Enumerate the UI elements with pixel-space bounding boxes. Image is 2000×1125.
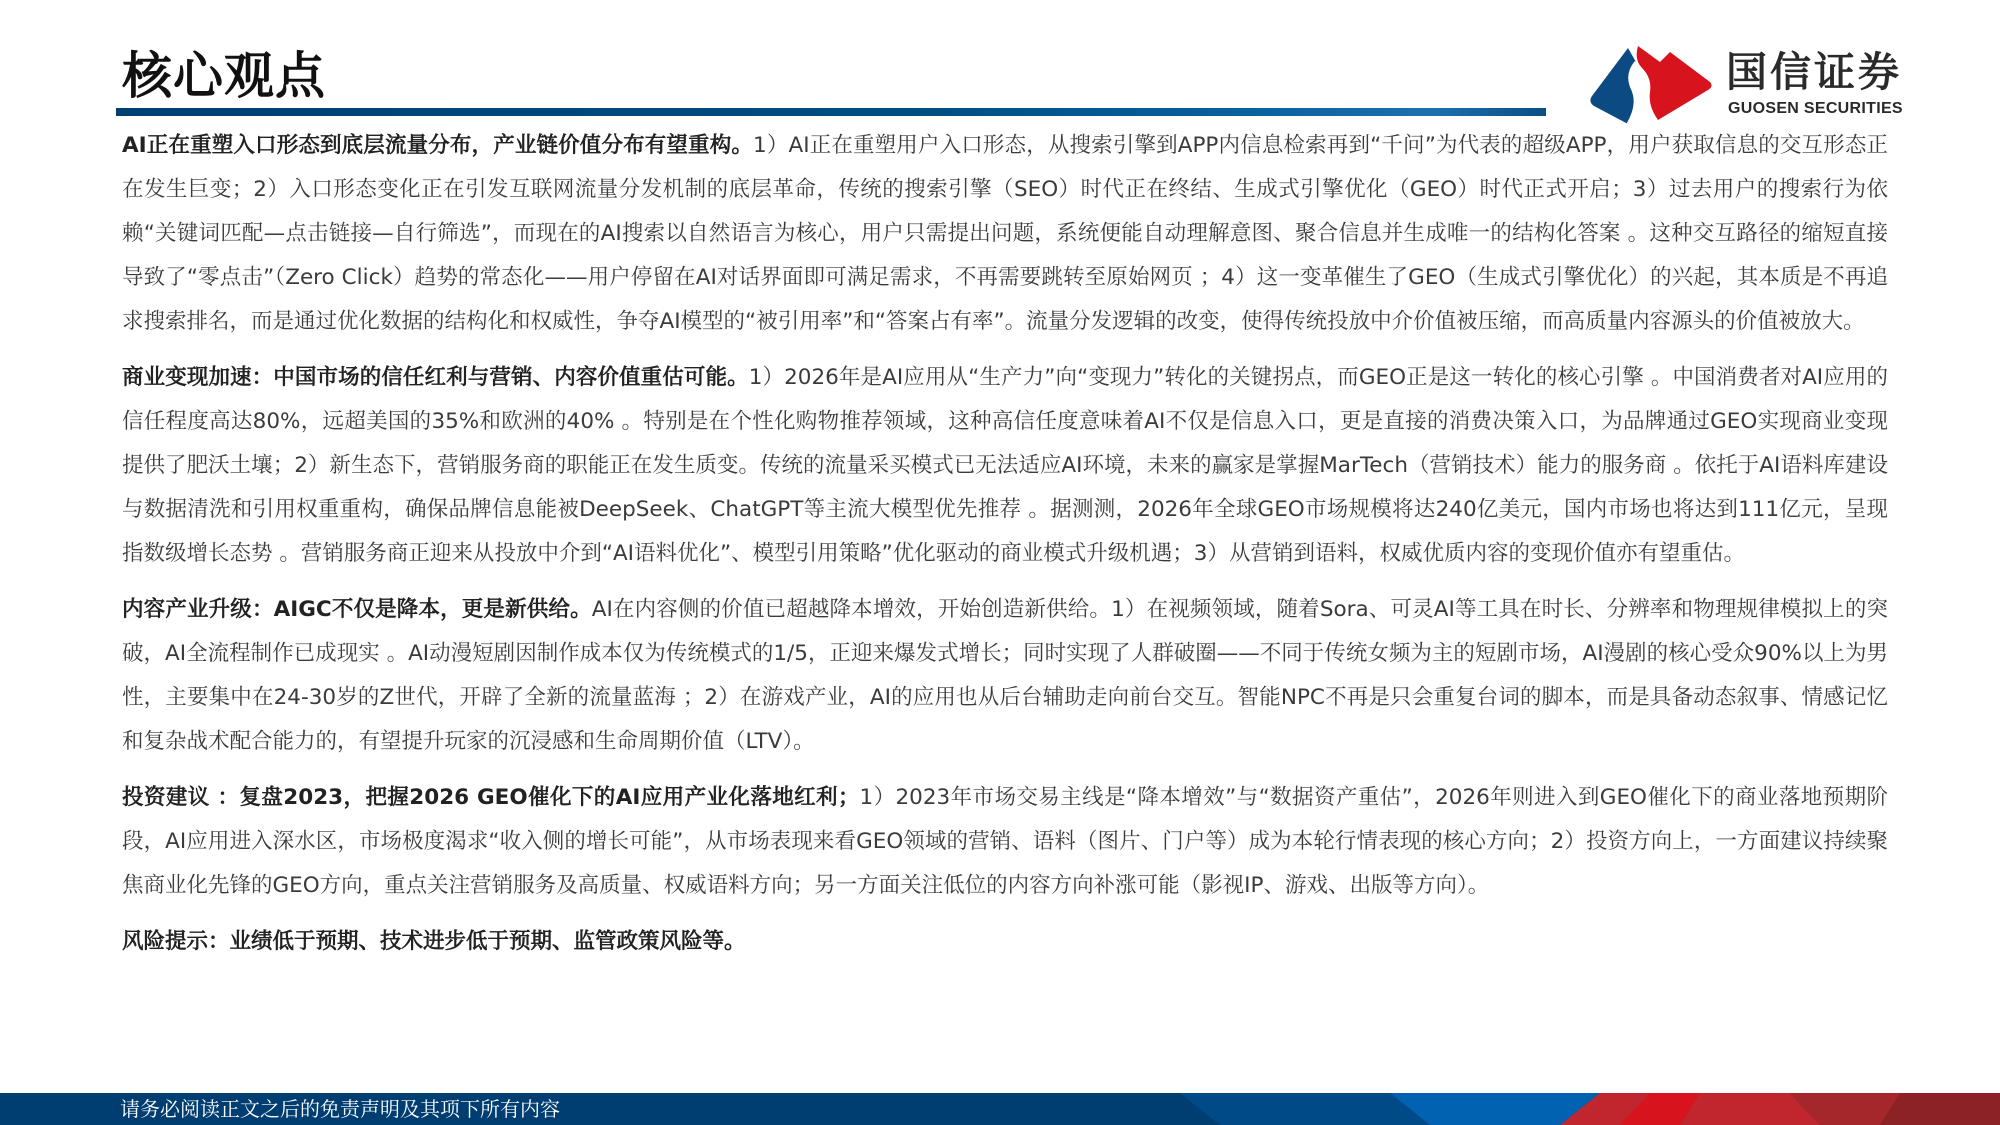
section-investment-advice: 投资建议 ：复盘2023，把握2026 GEO催化下的AI应用产业化落地红利；1…	[122, 776, 1888, 908]
section-body: 1）2026年是AI应用从“生产力”向“变现力”转化的关键拐点，而GEO正是这一…	[122, 365, 1888, 566]
footer-bar: 请务必阅读正文之后的免责声明及其项下所有内容	[0, 1093, 2000, 1125]
page-title: 核心观点	[122, 46, 326, 106]
section-body: 1）AI正在重塑用户入口形态，从搜索引擎到APP内信息检索再到“千问”为代表的超…	[122, 133, 1888, 334]
section-ai-entry: AI正在重塑入口形态到底层流量分布，产业链价值分布有望重构。1）AI正在重塑用户…	[122, 124, 1888, 344]
section-commercialization: 商业变现加速：中国市场的信任红利与营销、内容价值重估可能。1）2026年是AI应…	[122, 356, 1888, 576]
core-views-content: AI正在重塑入口形态到底层流量分布，产业链价值分布有望重构。1）AI正在重塑用户…	[122, 124, 1888, 976]
footer-disclaimer: 请务必阅读正文之后的免责声明及其项下所有内容	[120, 1097, 560, 1121]
section-lead: 风险提示：业绩低于预期、技术进步低于预期、监管政策风险等。	[122, 929, 746, 954]
footer-decoration-icon	[1180, 1093, 2000, 1125]
title-underline-divider	[116, 108, 1546, 116]
brand-name-cn: 国信证券	[1726, 48, 1902, 96]
section-lead: 投资建议 ：复盘2023，把握2026 GEO催化下的AI应用产业化落地红利；	[122, 785, 859, 810]
guosen-logo: 国信证券 GUOSEN SECURITIES	[1588, 44, 1908, 124]
section-risk-warning: 风险提示：业绩低于预期、技术进步低于预期、监管政策风险等。	[122, 920, 1888, 964]
brand-name-en: GUOSEN SECURITIES	[1728, 100, 1903, 118]
section-lead: 商业变现加速：中国市场的信任红利与营销、内容价值重估可能。	[122, 365, 749, 390]
section-lead: 内容产业升级：AIGC不仅是降本，更是新供给。	[122, 597, 592, 622]
section-content-upgrade: 内容产业升级：AIGC不仅是降本，更是新供给。AI在内容侧的价值已超越降本增效，…	[122, 588, 1888, 764]
guosen-logo-mark-icon	[1588, 44, 1714, 124]
section-lead: AI正在重塑入口形态到底层流量分布，产业链价值分布有望重构。	[122, 133, 753, 158]
